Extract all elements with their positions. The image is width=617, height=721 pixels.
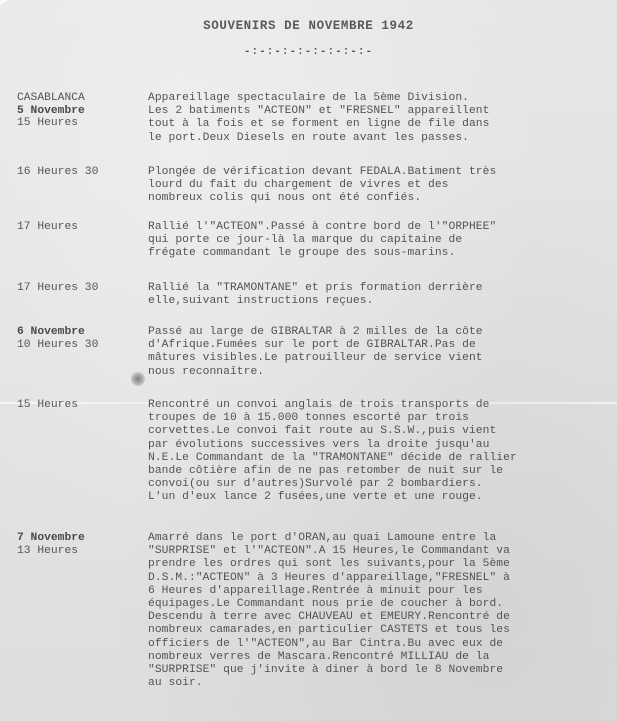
entry-text-line: lourd du fait du chargement de vivres et…: [148, 179, 613, 192]
entry-date-time: 6 Novembre10 Heures 30: [17, 326, 137, 351]
paper-gloss: [0, 0, 28, 9]
entry-text-line: le port.Deux Diesels en route avant les …: [148, 132, 613, 145]
entry-date-time: 7 Novembre13 Heures: [17, 532, 137, 557]
entry-text-line: Rencontré un convoi anglais de trois tra…: [148, 399, 613, 412]
entry-text-line: N.E.Le Commandant de la "TRAMONTANE" déc…: [148, 452, 613, 465]
entry-text-line: Passé au large de GIBRALTAR à 2 milles d…: [148, 326, 613, 339]
entry-text-line: corvettes.Le convoi fait route au S.S.W.…: [148, 425, 613, 438]
entry-when-line: 16 Heures 30: [17, 166, 137, 179]
entry-text-line: d'Afrique.Fumées sur le port de GIBRALTA…: [148, 339, 613, 352]
entry-when-line: 15 Heures: [17, 117, 137, 130]
ink-smudge: [131, 372, 145, 386]
entry-text: Rallié la "TRAMONTANE" et pris formation…: [148, 282, 613, 308]
entry-text-line: Descendu à terre avec CHAUVEAU et EMEURY…: [148, 611, 613, 624]
entry-text-line: 6 Heures d'appareillage.Rentrée à minuit…: [148, 585, 613, 598]
entry-text-line: "SURPRISE" et l'"ACTEON".A 15 Heures,le …: [148, 545, 613, 558]
entry-text-line: au soir.: [148, 677, 613, 690]
entry-text-line: D.S.M.:"ACTEON" à 3 Heures d'appareillag…: [148, 572, 613, 585]
entry-date-time: 17 Heures 30: [17, 282, 137, 295]
entry-when-line: 17 Heures 30: [17, 282, 137, 295]
entry-text-line: "SURPRISE" que j'invite à diner à bord l…: [148, 664, 613, 677]
entry-text-line: Appareillage spectaculaire de la 5ème Di…: [148, 92, 613, 105]
entry-text-line: L'un d'eux lance 2 fusées,une verte et u…: [148, 491, 613, 504]
entry-text: Amarré dans le port d'ORAN,au quai Lamou…: [148, 532, 613, 690]
entry-text-line: Amarré dans le port d'ORAN,au quai Lamou…: [148, 532, 613, 545]
entry-text: Rencontré un convoi anglais de trois tra…: [148, 399, 613, 505]
entry-text-line: nous reconnaître.: [148, 366, 613, 379]
entry-text-line: Plongée de vérification devant FEDALA.Ba…: [148, 166, 613, 179]
entry-text-line: Les 2 batiments "ACTEON" et "FRESNEL" ap…: [148, 105, 613, 118]
title-divider: -:-:-:-:-:-:-:-:-: [0, 46, 617, 58]
entry-when-line: 15 Heures: [17, 399, 137, 412]
entry-text-line: Rallié l'"ACTEON".Passé à contre bord de…: [148, 221, 613, 234]
entry-date-time: 15 Heures: [17, 399, 137, 412]
entry-text-line: mâtures visibles.Le patrouilleur de serv…: [148, 352, 613, 365]
entry-text-line: prendre les ordres qui sont les suivants…: [148, 558, 613, 571]
entry-when-line: 10 Heures 30: [17, 339, 137, 352]
entry-date-time: 16 Heures 30: [17, 166, 137, 179]
entry-when-line: CASABLANCA: [17, 92, 137, 105]
entry-text-line: elle,suivant instructions reçues.: [148, 295, 613, 308]
entry-text: Plongée de vérification devant FEDALA.Ba…: [148, 166, 613, 206]
entry-date-time: CASABLANCA5 Novembre15 Heures: [17, 92, 137, 130]
entry-text: Rallié l'"ACTEON".Passé à contre bord de…: [148, 221, 613, 261]
entry-date-time: 17 Heures: [17, 221, 137, 234]
entry-text-line: frégate commandant le groupe des sous-ma…: [148, 247, 613, 260]
entry-text-line: troupes de 10 à 15.000 tonnes escorté pa…: [148, 412, 613, 425]
entry-text-line: nombreux colis qui nous ont été confiés.: [148, 192, 613, 205]
entry-text-line: qui porte ce jour-là la marque du capita…: [148, 234, 613, 247]
entry-text-line: nombreux camarades,en particulier CASTET…: [148, 624, 613, 637]
entry-text-line: convoi(ou sur d'autres)Survolé par 2 bom…: [148, 478, 613, 491]
entry-when-line: 5 Novembre: [17, 105, 137, 118]
entry-when-line: 7 Novembre: [17, 532, 137, 545]
entry-text-line: tout à la fois et se forment en ligne de…: [148, 118, 613, 131]
entry-when-line: 6 Novembre: [17, 326, 137, 339]
entry-text-line: officiers de l'"ACTEON",au Bar Cintra.Bu…: [148, 638, 613, 651]
entry-text-line: équipages.Le Commandant nous prie de cou…: [148, 598, 613, 611]
entry-text-line: bande côtière afin de ne pas retomber de…: [148, 465, 613, 478]
entry-text-line: nombreux verres de Mascara.Rencontré MIL…: [148, 651, 613, 664]
entry-text-line: Rallié la "TRAMONTANE" et pris formation…: [148, 282, 613, 295]
entry-when-line: 17 Heures: [17, 221, 137, 234]
entry-text-line: par évolutions successives vers la droit…: [148, 439, 613, 452]
document-title: SOUVENIRS DE NOVEMBRE 1942: [0, 19, 617, 33]
entry-when-line: 13 Heures: [17, 545, 137, 558]
entry-text: Appareillage spectaculaire de la 5ème Di…: [148, 92, 613, 145]
entry-text: Passé au large de GIBRALTAR à 2 milles d…: [148, 326, 613, 379]
typewritten-page: SOUVENIRS DE NOVEMBRE 1942 -:-:-:-:-:-:-…: [0, 0, 617, 721]
